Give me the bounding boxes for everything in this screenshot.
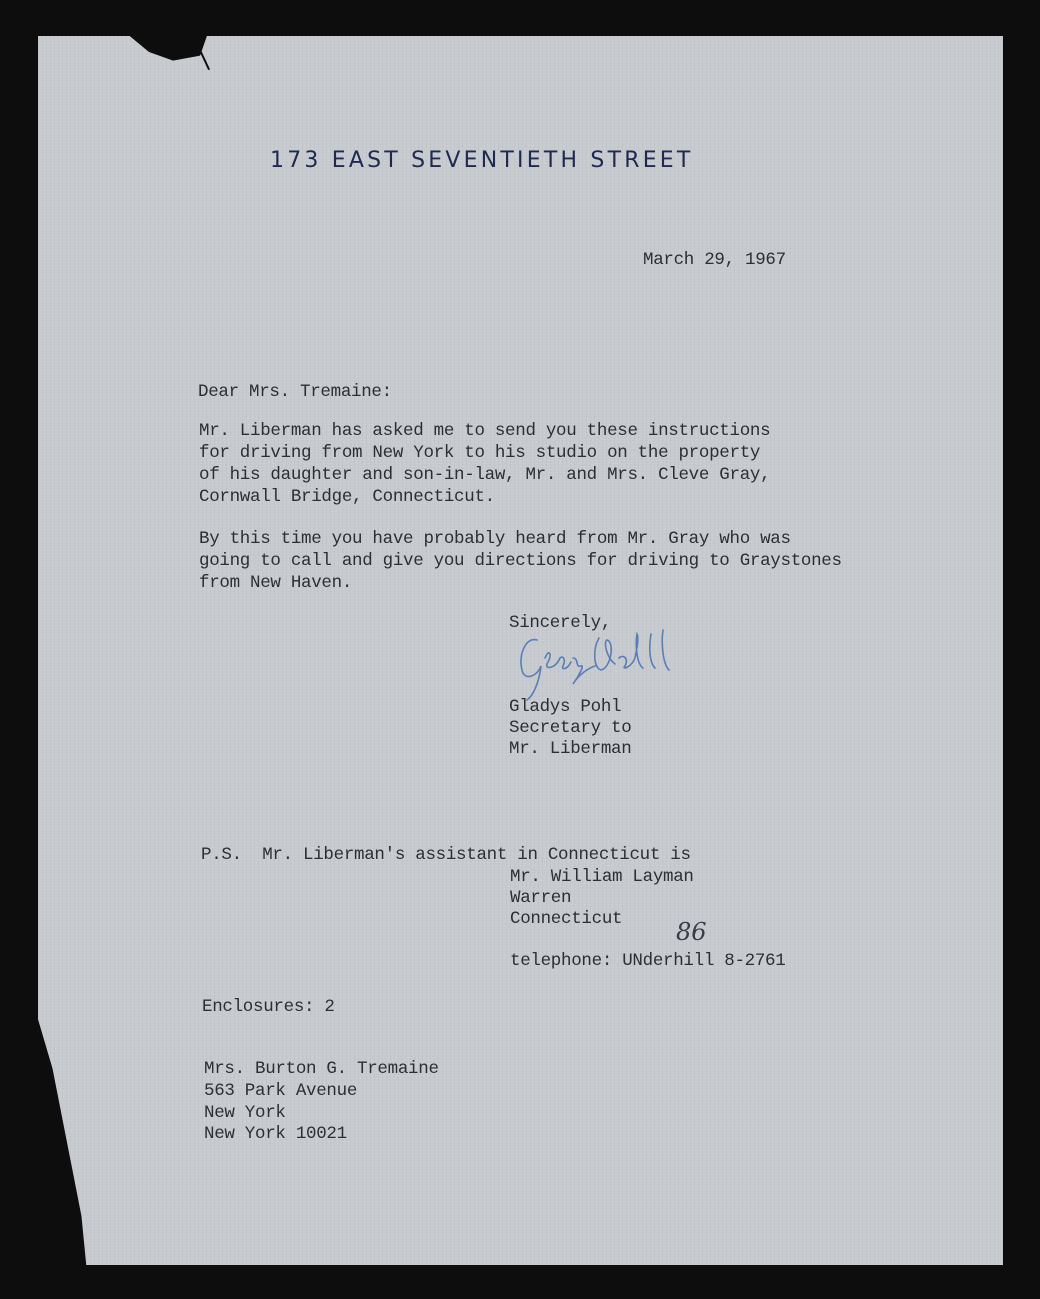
address-line: 563 Park Avenue [204, 1081, 357, 1103]
salutation: Dear Mrs. Tremaine: [198, 382, 392, 404]
address-line: New York 10021 [204, 1124, 347, 1146]
signer-title: Secretary to [509, 718, 631, 740]
body-line: of his daughter and son-in-law, Mr. and … [199, 465, 770, 487]
address-line: New York [204, 1103, 286, 1125]
handwritten-note: 86 [676, 918, 707, 946]
address-line: Mrs. Burton G. Tremaine [204, 1059, 439, 1081]
signer-title: Mr. Liberman [509, 739, 631, 761]
body-line: Cornwall Bridge, Connecticut. [199, 487, 495, 509]
body-line: Mr. Liberman has asked me to send you th… [199, 421, 770, 443]
signer-name: Gladys Pohl [509, 697, 621, 719]
enclosures: Enclosures: 2 [202, 997, 335, 1019]
body-line: from New Haven. [199, 573, 352, 595]
postscript-state: Connecticut [510, 909, 622, 931]
letter-date: March 29, 1967 [643, 250, 786, 272]
body-line: going to call and give you directions fo… [199, 551, 842, 573]
body-line: for driving from New York to his studio … [199, 443, 760, 465]
body-line: By this time you have probably heard fro… [199, 529, 791, 551]
letterhead-address: 173 EAST SEVENTIETH STREET [270, 148, 760, 173]
postscript-telephone: telephone: UNderhill 8-2761 [510, 951, 785, 973]
postscript-line: P.S. Mr. Liberman's assistant in Connect… [201, 845, 691, 867]
postscript-contact-name: Mr. William Layman [510, 867, 694, 889]
postscript-town: Warren [510, 888, 571, 910]
handwritten-signature-icon [515, 628, 695, 708]
